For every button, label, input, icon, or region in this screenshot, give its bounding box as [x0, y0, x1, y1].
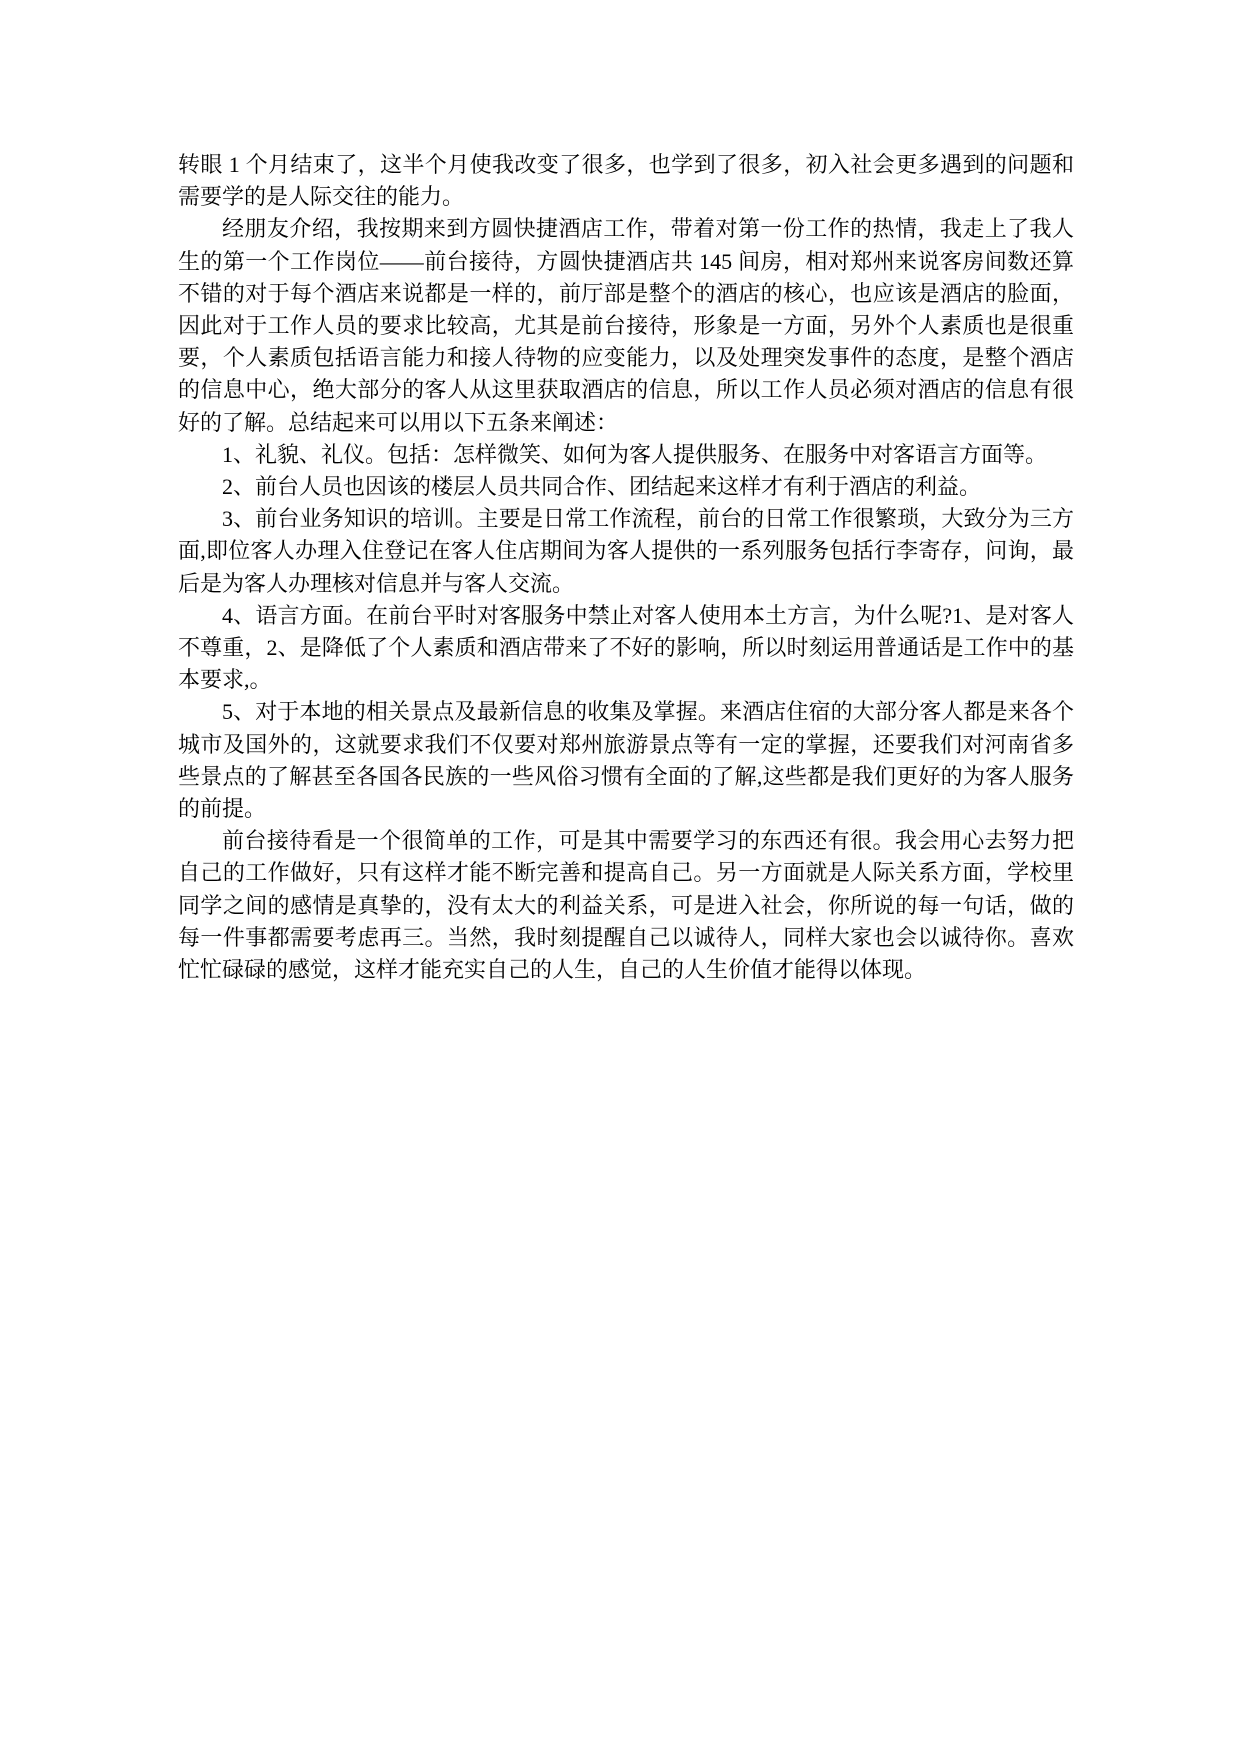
list-item-5-local-knowledge: 5、对于本地的相关景点及最新信息的收集及掌握。来酒店住宿的大部分客人都是来各个城…: [178, 696, 1074, 825]
list-item-2-cooperation: 2、前台人员也因该的楼层人员共同合作、团结起来这样才有利于酒店的利益。: [178, 471, 1074, 503]
list-item-4-language: 4、语言方面。在前台平时对客服务中禁止对客人使用本土方言，为什么呢?1、是对客人…: [178, 600, 1074, 697]
list-item-3-training: 3、前台业务知识的培训。主要是日常工作流程，前台的日常工作很繁琐，大致分为三方面…: [178, 503, 1074, 600]
list-item-1-etiquette: 1、礼貌、礼仪。包括：怎样微笑、如何为客人提供服务、在服务中对客语言方面等。: [178, 439, 1074, 471]
paragraph-intro: 转眼 1 个月结束了，这半个月使我改变了很多，也学到了很多，初入社会更多遇到的问…: [178, 149, 1074, 213]
paragraph-job-introduction: 经朋友介绍，我按期来到方圆快捷酒店工作，带着对第一份工作的热情，我走上了我人生的…: [178, 213, 1074, 438]
paragraph-conclusion: 前台接待看是一个很简单的工作，可是其中需要学习的东西还有很。我会用心去努力把自己…: [178, 825, 1074, 986]
document-page: 转眼 1 个月结束了，这半个月使我改变了很多，也学到了很多，初入社会更多遇到的问…: [0, 0, 1241, 1754]
document-body: 转眼 1 个月结束了，这半个月使我改变了很多，也学到了很多，初入社会更多遇到的问…: [178, 149, 1074, 986]
